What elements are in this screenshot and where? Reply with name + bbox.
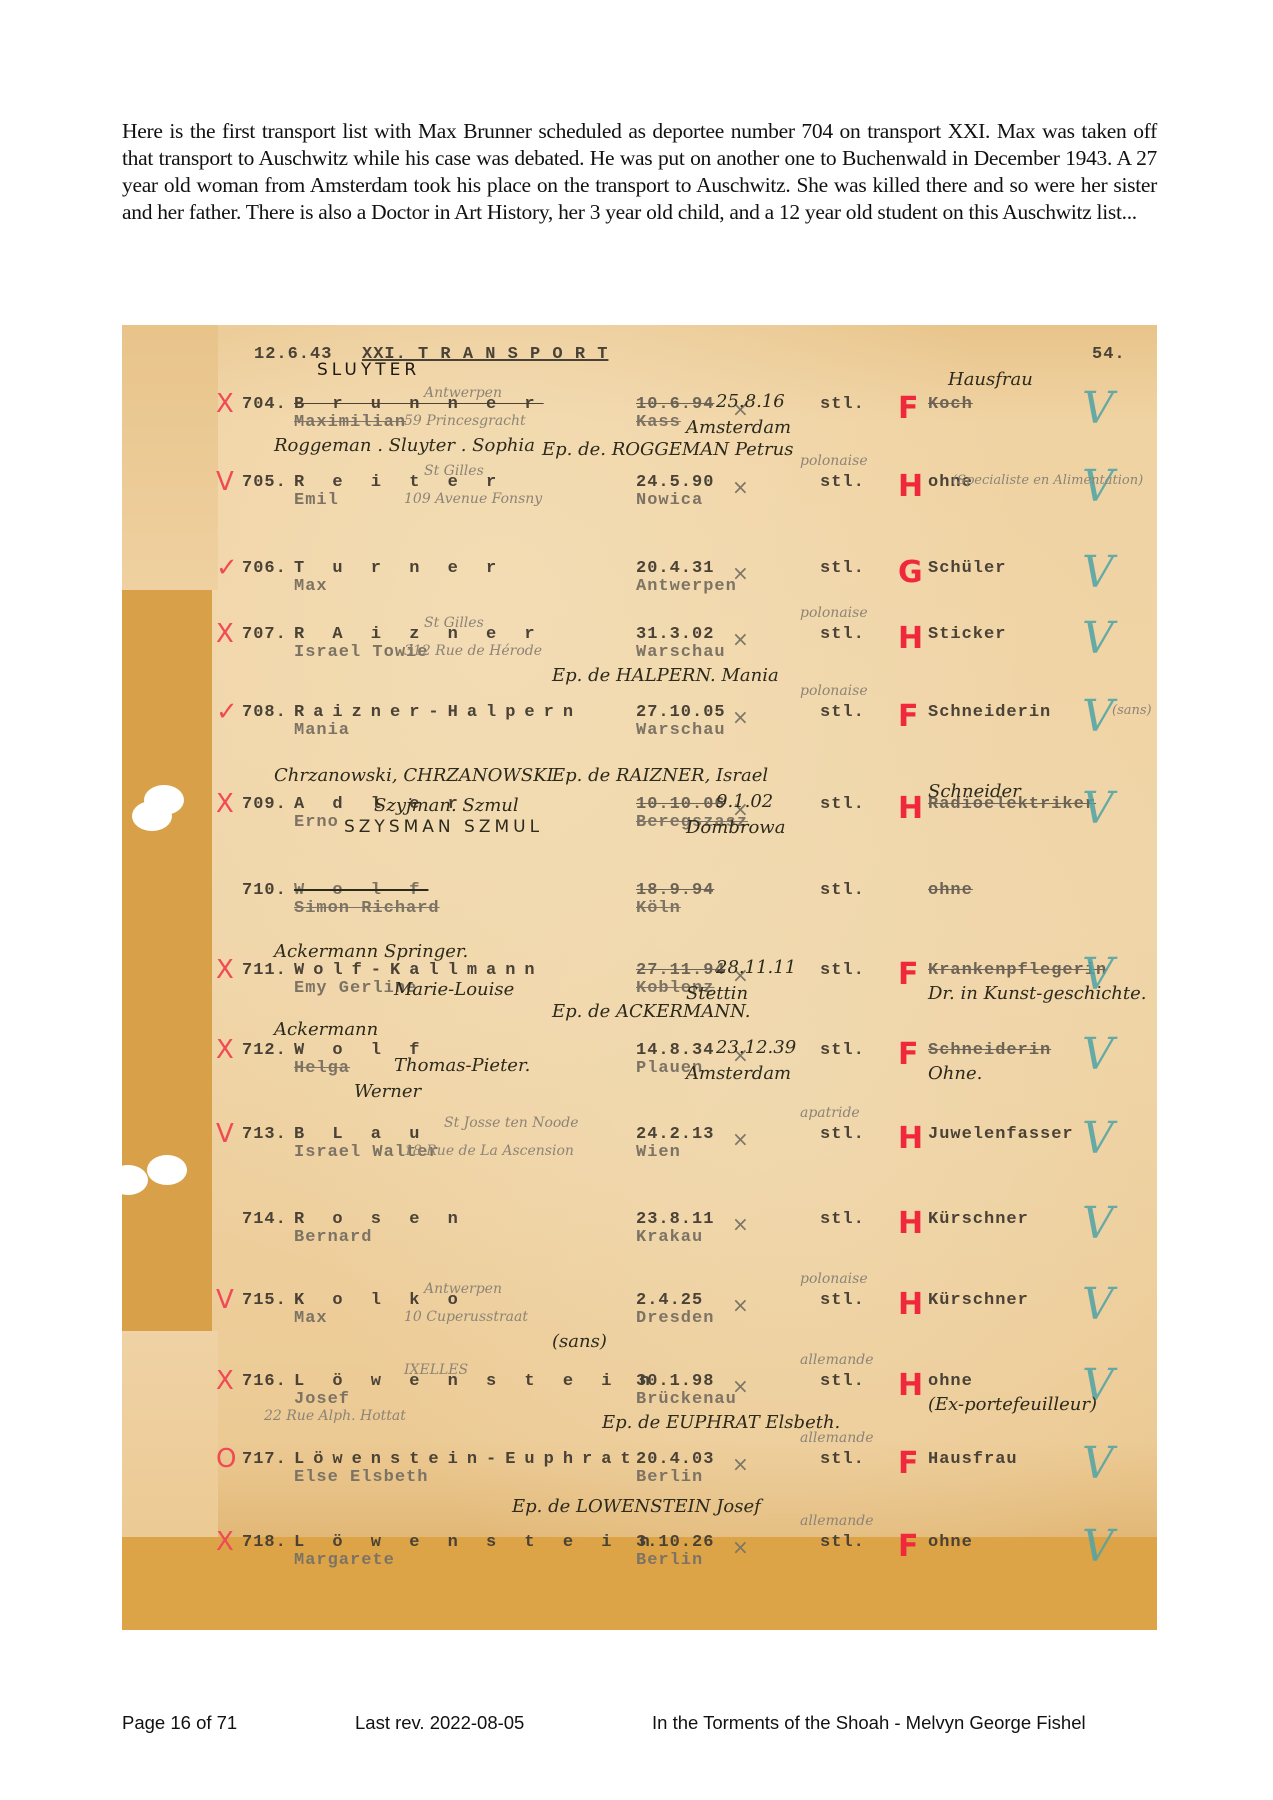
row-sex-mark: H <box>898 791 923 826</box>
handwritten-note: (sans) <box>552 1331 607 1352</box>
handwritten-given-2: Werner <box>354 1081 421 1102</box>
row-check-mark: V <box>216 1119 234 1149</box>
blue-check-v-icon: V <box>1082 1198 1114 1249</box>
handwritten-place: Dombrowa <box>686 817 785 838</box>
row-birth-date: 30.1.98 <box>636 1372 714 1391</box>
row-occupation: Juwelenfasser <box>928 1125 1074 1144</box>
row-birth-place: Warschau <box>636 643 726 662</box>
row-sex-mark: H <box>898 621 923 656</box>
row-given-name: Maximilian <box>294 413 406 432</box>
row-status: stl. <box>820 961 865 980</box>
row-check-mark: V <box>216 1285 234 1315</box>
handwritten-note: Ep. de HALPERN. Mania <box>552 665 779 686</box>
handwritten-address: 109 Avenue Fonsny <box>404 491 542 507</box>
row-check-mark: X <box>216 619 234 649</box>
row-birth-place: Antwerpen <box>636 577 737 596</box>
row-check-mark: X <box>216 955 234 985</box>
row-number: 716. <box>242 1372 287 1391</box>
handwritten-date: 9.1.02 <box>716 791 773 812</box>
row-birth-place: Dresden <box>636 1309 714 1328</box>
handwritten-name: Roggeman . Sluyter . Sophia <box>274 435 535 456</box>
cross-mark-icon: × <box>732 627 749 651</box>
handwritten-address: 59 Princesgracht <box>404 413 526 429</box>
handwritten-note: Ep. de ACKERMANN. <box>552 1001 750 1022</box>
row-birth-place: Berlin <box>636 1468 703 1487</box>
handwritten-name-alt: Szyjman. Szmul <box>374 795 519 816</box>
handwritten-given: Marie-Louise <box>394 979 514 1000</box>
row-check-mark: ✓ <box>216 553 238 583</box>
row-status: stl. <box>820 1210 865 1229</box>
blue-check-v-icon: V <box>1082 1029 1114 1080</box>
row-occupation: ohne <box>928 1372 973 1391</box>
cross-mark-icon: × <box>732 561 749 585</box>
row-sex-mark: H <box>898 1206 923 1241</box>
row-status: stl. <box>820 1372 865 1391</box>
row-occupation: Hausfrau <box>928 1450 1018 1469</box>
row-surname: Raizner-Halpern <box>294 703 582 722</box>
blue-check-v-icon: V <box>1082 691 1114 742</box>
handwritten-city: St Gilles <box>424 615 484 631</box>
row-status: stl. <box>820 1291 865 1310</box>
row-check-mark: V <box>216 467 234 497</box>
handwritten-address: 22 Rue Alph. Hottat <box>264 1408 406 1424</box>
cross-mark-icon: × <box>732 1293 749 1317</box>
cross-mark-icon: × <box>732 1374 749 1398</box>
row-status: stl. <box>820 395 865 414</box>
row-check-mark: X <box>216 789 234 819</box>
row-occupation: ohne <box>928 1533 973 1552</box>
handwritten-city: IXELLES <box>404 1362 468 1378</box>
handwritten-note: (sans) <box>1112 703 1152 718</box>
handwritten-date: 28.11.11 <box>716 957 796 978</box>
row-sex-mark: F <box>898 1446 919 1481</box>
row-occupation: Krankenpflegerin <box>928 961 1107 980</box>
handwritten-address: 10 Cuperusstraat <box>404 1309 528 1325</box>
row-sex-mark: F <box>898 957 919 992</box>
handwritten-occupation: Ohne. <box>928 1063 982 1084</box>
handwritten-place: Amsterdam <box>686 417 791 438</box>
row-number: 706. <box>242 559 287 578</box>
handwritten-given: Thomas-Pieter. <box>394 1055 530 1076</box>
row-occupation: Schneiderin <box>928 703 1051 722</box>
row-status: stl. <box>820 881 865 900</box>
row-number: 707. <box>242 625 287 644</box>
row-given-name: Erno <box>294 813 339 832</box>
row-birth-place: Brückenau <box>636 1390 737 1409</box>
cross-mark-icon: × <box>732 1535 749 1559</box>
row-sex-mark: H <box>898 469 923 504</box>
paper-sheet: 12.6.43 XXI. T R A N S P O R T 54. SLUYT… <box>212 325 1157 1537</box>
row-check-mark: X <box>216 1035 234 1065</box>
row-number: 708. <box>242 703 287 722</box>
cross-mark-icon: × <box>732 705 749 729</box>
transport-list-scan: 12.6.43 XXI. T R A N S P O R T 54. SLUYT… <box>122 325 1157 1630</box>
row-sex-mark: F <box>898 1529 919 1564</box>
row-surname: T u r n e r <box>294 559 505 578</box>
row-birth-date: 31.3.02 <box>636 625 714 644</box>
blue-check-v-icon: V <box>1082 1438 1114 1489</box>
handwritten-note: Ep. de RAIZNER, Israel <box>552 765 768 786</box>
handwritten-place: Amsterdam <box>686 1063 791 1084</box>
row-given-name: Max <box>294 577 328 596</box>
handwritten-name: Chrzanowski, CHRZANOWSKI <box>274 765 554 786</box>
row-surname: R A i z n e r <box>294 625 544 644</box>
blue-check-v-icon: V <box>1082 1521 1114 1572</box>
row-surname: Wolf-Kallmann <box>294 961 544 980</box>
row-occupation: Schneiderin <box>928 1041 1051 1060</box>
list-page-number: 54. <box>1092 345 1126 364</box>
punch-hole <box>147 1155 187 1185</box>
handwritten-name: Ackermann Springer. <box>274 941 468 962</box>
row-birth-date: 2.4.25 <box>636 1291 703 1310</box>
row-surname: L ö w e n s t e i n <box>294 1533 659 1552</box>
handwritten-note: (Specialiste en Alimentation) <box>952 473 1143 488</box>
handwritten-nationality: apatride <box>800 1105 860 1121</box>
row-birth-date: 3.10.26 <box>636 1533 714 1552</box>
row-given-name: Mania <box>294 721 350 740</box>
blue-check-v-icon: V <box>1082 383 1114 434</box>
row-birth-date: 20.4.31 <box>636 559 714 578</box>
row-surname: R o s e n <box>294 1210 467 1229</box>
cross-mark-icon: × <box>732 1127 749 1151</box>
footer-revision: Last rev. 2022-08-05 <box>355 1712 524 1734</box>
handwritten-occupation: Schneider <box>928 781 1021 802</box>
row-sex-mark: F <box>898 699 919 734</box>
row-number: 711. <box>242 961 287 980</box>
handwritten-date: 25.8.16 <box>716 391 785 412</box>
row-status: stl. <box>820 1533 865 1552</box>
blue-check-v-icon: V <box>1082 1113 1114 1164</box>
handwritten-occupation: (Ex-portefeuilleur) <box>928 1394 1097 1415</box>
row-status: stl. <box>820 559 865 578</box>
row-birth-date: 24.2.13 <box>636 1125 714 1144</box>
row-status: stl. <box>820 1450 865 1469</box>
row-status: stl. <box>820 625 865 644</box>
folder-strip-left <box>122 590 212 1331</box>
row-number: 718. <box>242 1533 287 1552</box>
row-birth-date: 10.6.94 <box>636 395 714 414</box>
row-given-name: Josef <box>294 1390 350 1409</box>
row-occupation: Sticker <box>928 625 1006 644</box>
annotation-sluyter: SLUYTER <box>317 360 420 380</box>
row-birth-date: 14.8.34 <box>636 1041 714 1060</box>
handwritten-nationality: polonaise <box>800 1271 868 1287</box>
row-birth-place: Kass <box>636 413 681 432</box>
row-occupation: Kürschner <box>928 1291 1029 1310</box>
row-status: stl. <box>820 703 865 722</box>
row-sex-mark: F <box>898 1037 919 1072</box>
handwritten-nationality: allemande <box>800 1430 873 1446</box>
row-number: 710. <box>242 881 287 900</box>
blue-check-v-icon: V <box>1082 547 1114 598</box>
row-given-name: Helga <box>294 1059 350 1078</box>
row-birth-place: Nowica <box>636 491 703 510</box>
row-birth-date: 10.10.06 <box>636 795 726 814</box>
handwritten-address: 18 Rue de La Ascension <box>404 1143 574 1159</box>
handwritten-date: 23.12.39 <box>716 1037 796 1058</box>
blue-check-v-icon: V <box>1082 1279 1114 1330</box>
row-status: stl. <box>820 795 865 814</box>
row-number: 715. <box>242 1291 287 1310</box>
footer-page: Page 16 of 71 <box>122 1712 237 1734</box>
row-occupation: Kürschner <box>928 1210 1029 1229</box>
handwritten-city: St Gilles <box>424 463 484 479</box>
row-birth-date: 18.9.94 <box>636 881 714 900</box>
row-birth-place: Wien <box>636 1143 681 1162</box>
handwritten-occupation: Hausfrau <box>948 369 1033 390</box>
handwritten-nationality: allemande <box>800 1513 873 1529</box>
handwritten-city: St Josse ten Noode <box>444 1115 579 1131</box>
row-birth-place: Köln <box>636 899 681 918</box>
row-given-name: Max <box>294 1309 328 1328</box>
blue-check-v-icon: V <box>1082 613 1114 664</box>
row-number: 713. <box>242 1125 287 1144</box>
paper-bottom-left <box>122 1331 218 1537</box>
row-number: 714. <box>242 1210 287 1229</box>
handwritten-name-caps: SZYSMAN SZMUL <box>344 817 543 837</box>
handwritten-occupation: Dr. in Kunst-geschichte. <box>928 983 1147 1004</box>
row-sex-mark: G <box>898 555 923 590</box>
handwritten-nationality: polonaise <box>800 605 868 621</box>
row-occupation: ohne <box>928 881 973 900</box>
row-birth-place: Krakau <box>636 1228 703 1247</box>
row-sex-mark: H <box>898 1287 923 1322</box>
handwritten-name: Ackermann <box>274 1019 378 1040</box>
row-status: stl. <box>820 1041 865 1060</box>
row-number: 717. <box>242 1450 287 1469</box>
row-birth-place: Warschau <box>636 721 726 740</box>
row-birth-date: 23.8.11 <box>636 1210 714 1229</box>
handwritten-city: Antwerpen <box>424 385 502 401</box>
row-check-mark: X <box>216 1527 234 1557</box>
row-surname: W o l f <box>294 881 428 900</box>
row-sex-mark: H <box>898 1368 923 1403</box>
row-status: stl. <box>820 473 865 492</box>
row-birth-date: 27.10.05 <box>636 703 726 722</box>
punch-hole <box>132 801 172 831</box>
handwritten-city: Antwerpen <box>424 1281 502 1297</box>
handwritten-note: Ep. de LOWENSTEIN Josef <box>512 1496 761 1517</box>
row-given-name: Margarete <box>294 1551 395 1570</box>
row-sex-mark: H <box>898 1121 923 1156</box>
row-number: 705. <box>242 473 287 492</box>
row-status: stl. <box>820 1125 865 1144</box>
row-occupation: Schüler <box>928 559 1006 578</box>
row-surname: B r u n n e r <box>294 395 544 414</box>
row-check-mark: X <box>216 1366 234 1396</box>
row-birth-date: 24.5.90 <box>636 473 714 492</box>
row-birth-date: 27.11.94 <box>636 961 726 980</box>
row-birth-date: 20.4.03 <box>636 1450 714 1469</box>
row-number: 704. <box>242 395 287 414</box>
row-surname: B L a u <box>294 1125 428 1144</box>
row-check-mark: X <box>216 389 234 419</box>
cross-mark-icon: × <box>732 475 749 499</box>
row-number: 709. <box>242 795 287 814</box>
row-given-name: Simon Richard <box>294 899 440 918</box>
blue-check-v-icon: V <box>1082 783 1114 834</box>
handwritten-address: 312 Rue de Hérode <box>404 643 542 659</box>
handwritten-note: Ep. de. ROGGEMAN Petrus <box>542 439 793 460</box>
row-birth-place: Berlin <box>636 1551 703 1570</box>
cross-mark-icon: × <box>732 1212 749 1236</box>
row-check-mark: ✓ <box>216 697 238 727</box>
handwritten-nationality: allemande <box>800 1352 873 1368</box>
row-occupation: Koch <box>928 395 973 414</box>
row-given-name: Bernard <box>294 1228 372 1247</box>
handwritten-nationality: polonaise <box>800 453 868 469</box>
intro-paragraph: Here is the first transport list with Ma… <box>122 118 1157 226</box>
paper-top-left <box>122 325 218 590</box>
row-given-name: Else Elsbeth <box>294 1468 428 1487</box>
handwritten-nationality: polonaise <box>800 683 868 699</box>
footer-title: In the Torments of the Shoah - Melvyn Ge… <box>652 1712 1086 1734</box>
row-sex-mark: F <box>898 391 919 426</box>
row-given-name: Emil <box>294 491 339 510</box>
row-check-mark: O <box>216 1444 236 1474</box>
cross-mark-icon: × <box>732 1452 749 1476</box>
row-surname: Löwenstein-Euphrat <box>294 1450 640 1469</box>
row-number: 712. <box>242 1041 287 1060</box>
row-surname: L ö w e n s t e i n <box>294 1372 659 1391</box>
